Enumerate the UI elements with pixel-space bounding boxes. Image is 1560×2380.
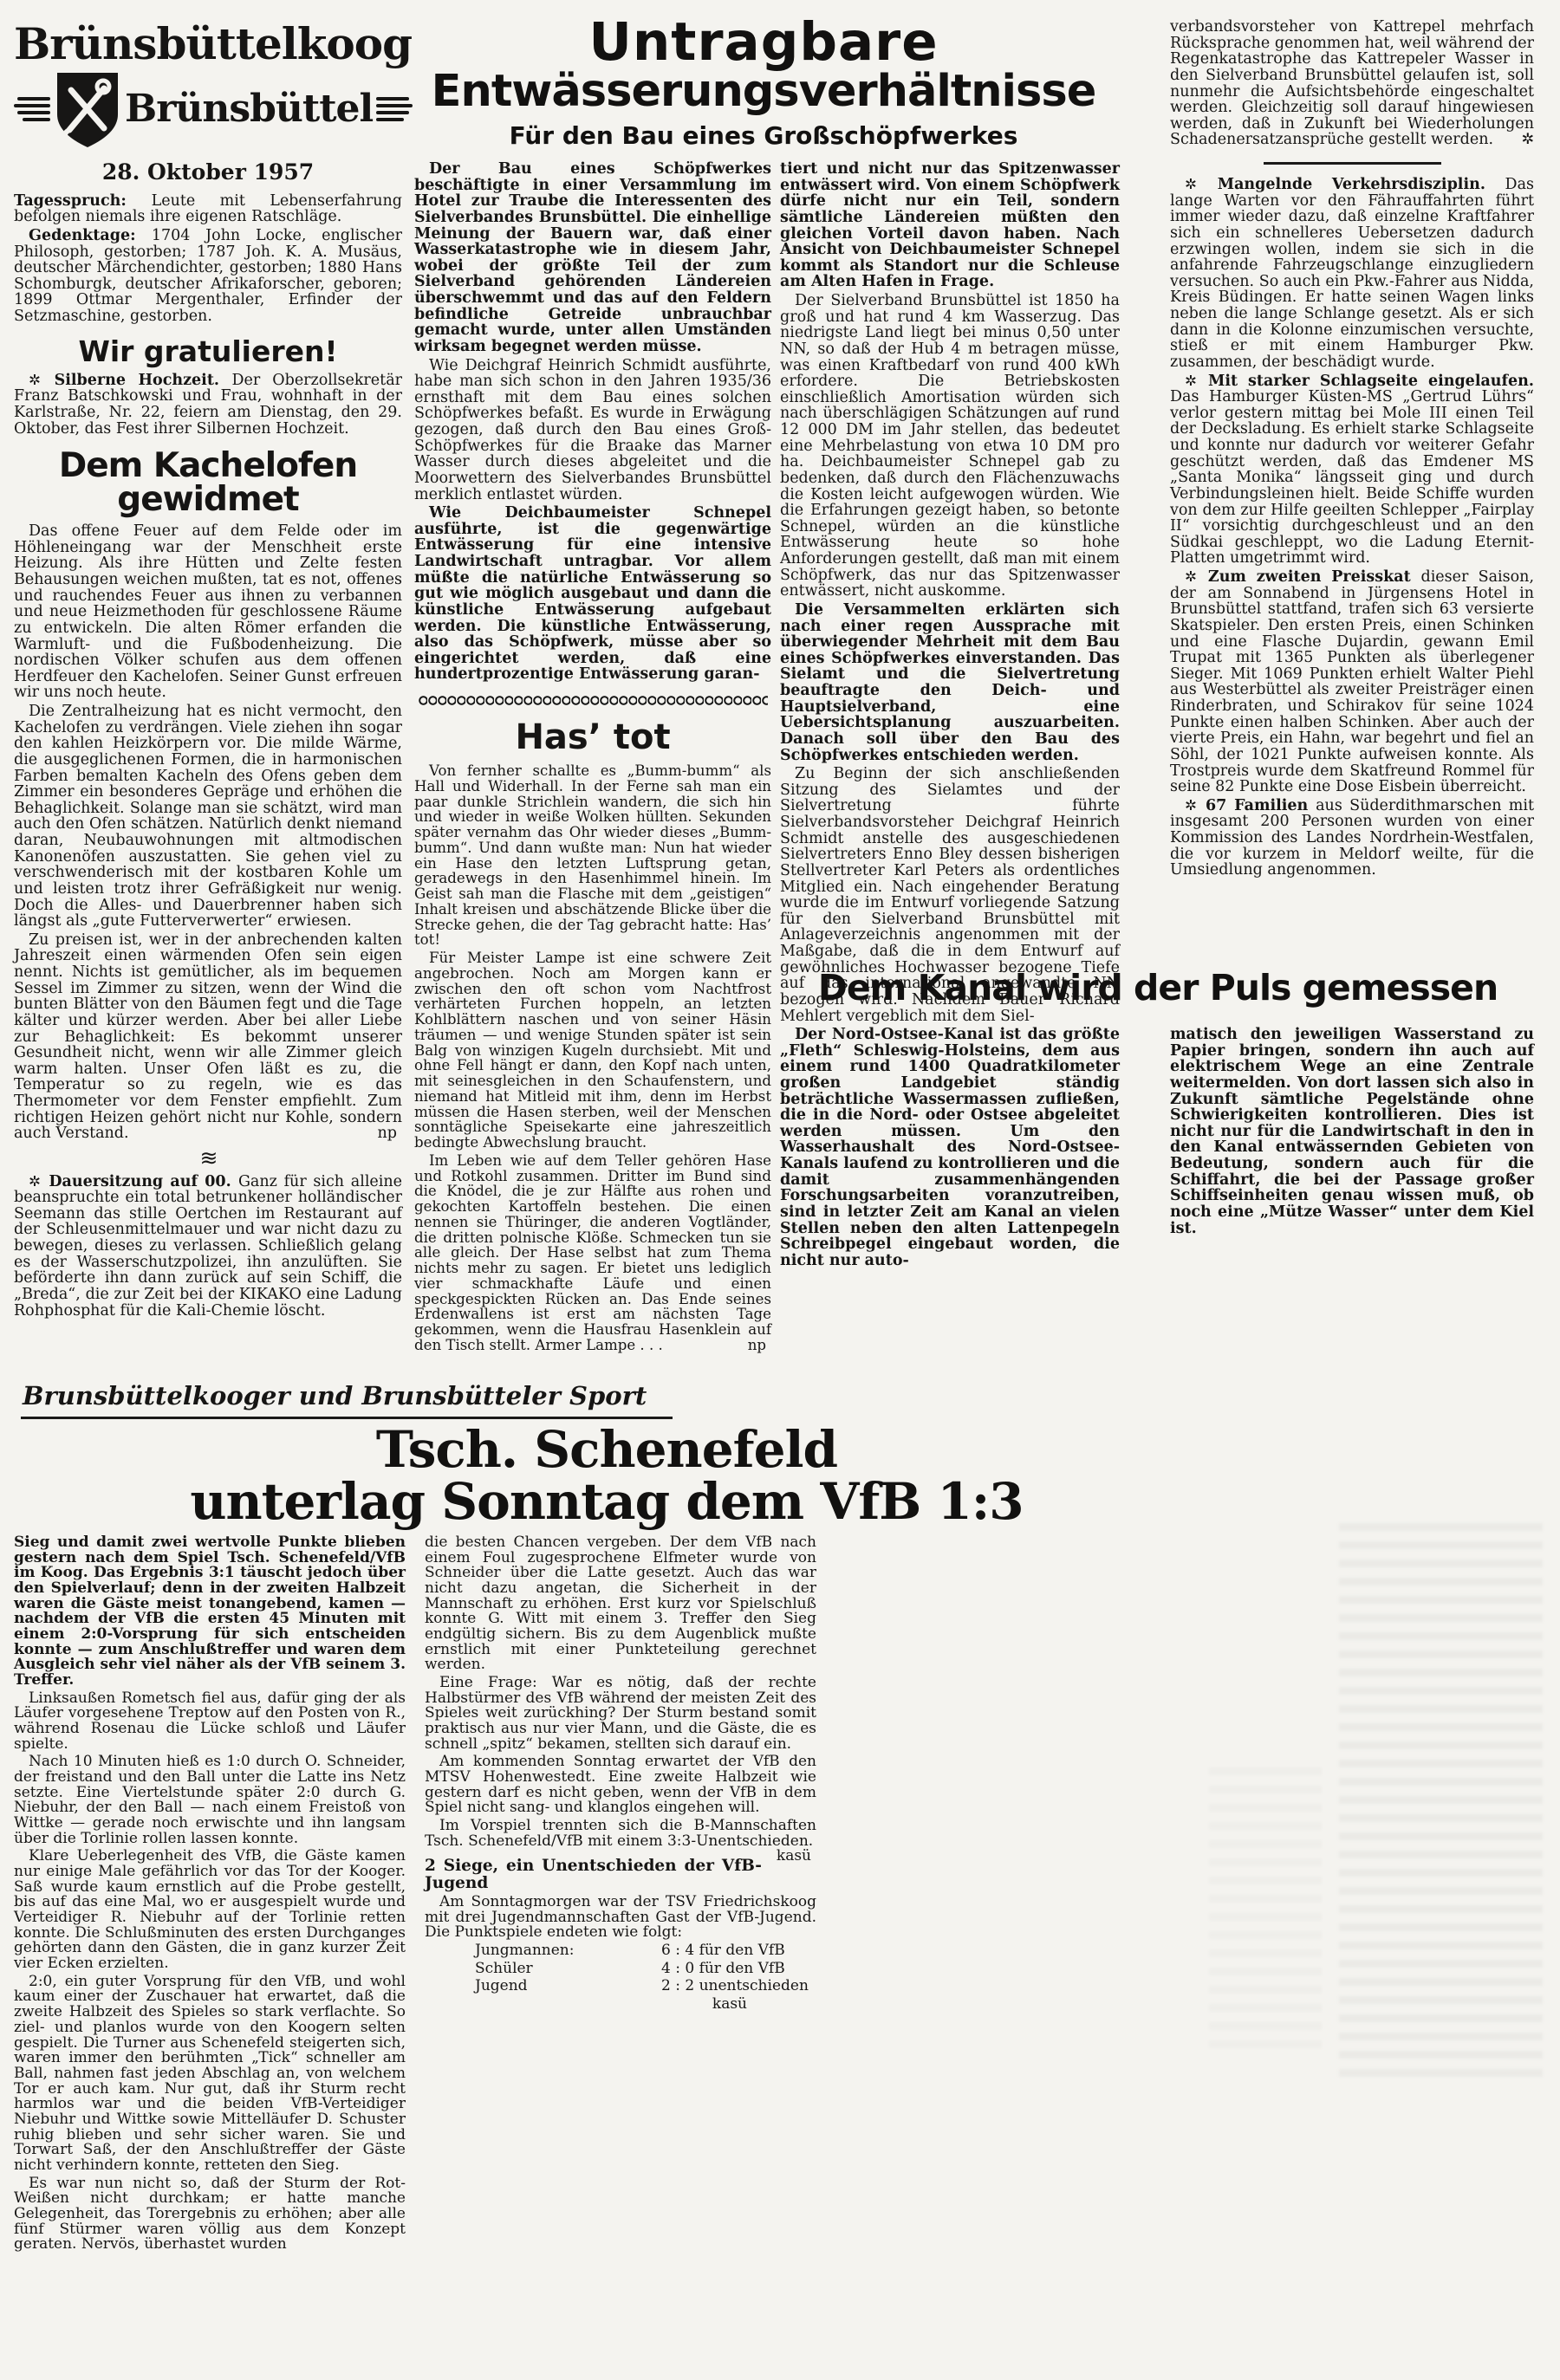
main-subhead: Für den Bau eines Großschöpfwerkes bbox=[407, 121, 1120, 150]
section-title-gratulieren: Wir gratulieren! bbox=[14, 337, 402, 366]
paragraph: ✲ Silberne Hochzeit. Der Oberzollsekretä… bbox=[14, 373, 402, 438]
star-icon: ✲ bbox=[29, 372, 55, 388]
sport-paragraphs-1: Sieg und damit zwei wertvolle Punkte bli… bbox=[14, 1535, 406, 2253]
main-headline-line1: Untragbare bbox=[407, 16, 1120, 68]
masthead: Brünsbüttelkoog Brün bbox=[14, 23, 402, 185]
star-icon: ✲ bbox=[1185, 176, 1218, 192]
paragraph: ✲ Mangelnde Verkehrsdisziplin. Das lange… bbox=[1170, 177, 1534, 371]
kachelofen-paragraphs: Das offene Feuer auf dem Felde oder im H… bbox=[14, 523, 402, 1142]
jugend-sign: kasü bbox=[425, 1997, 816, 2013]
star-icon: ✲ bbox=[1185, 568, 1208, 585]
paragraph: Im Vorspiel trennten sich die B-Mannscha… bbox=[425, 1819, 816, 1849]
result-label: Jungmannen: bbox=[475, 1943, 661, 1959]
sport-headline-line1: Tsch. Schenefeld bbox=[147, 1424, 1066, 1476]
masthead-title-line1: Brünsbüttelkoog bbox=[14, 23, 402, 66]
left-column: Brünsbüttelkoog Brün bbox=[14, 23, 402, 1321]
paragraph: matisch den jeweiligen Wasserstand zu Pa… bbox=[1170, 1027, 1534, 1236]
jugend-intro: Am Sonntagmorgen war der TSV Friedrichsk… bbox=[425, 1895, 816, 1941]
result-score: 6 : 4 für den VfB bbox=[661, 1943, 816, 1959]
paragraph: 2:0, ein guter Vorsprung für den VfB, un… bbox=[14, 1975, 406, 2174]
right-column-items: ✲ Mangelnde Verkehrsdisziplin. Das lange… bbox=[1170, 177, 1534, 879]
bleedthrough-area bbox=[1339, 1523, 1543, 2078]
paragraph: Im Leben wie auf dem Teller gehören Hase… bbox=[414, 1153, 771, 1353]
chain-ornament-icon bbox=[418, 695, 768, 706]
paragraph: Tagesspruch: Leute mit Lebenserfahrung b… bbox=[14, 193, 402, 225]
hastot-paragraphs: Von fernher schallte es „Bumm-bumm“ als … bbox=[414, 763, 771, 1353]
right-column: verbandsvorsteher von Kattrepel mehrfach… bbox=[1170, 19, 1534, 881]
paragraph: Der Nord-Ostsee-Kanal ist das größte „Fl… bbox=[780, 1027, 1120, 1268]
paragraph: Nach 10 Minuten hieß es 1:0 durch O. Sch… bbox=[14, 1754, 406, 1846]
dash-divider bbox=[1264, 162, 1441, 165]
paragraph: tiert und nicht nur das Spitzenwasser en… bbox=[780, 161, 1120, 290]
sport-column-2: die besten Chancen vergeben. Der dem VfB… bbox=[425, 1535, 816, 2015]
paragraph: Die Zentralheizung hat es nicht vermocht… bbox=[14, 704, 402, 930]
star-icon: ✲ bbox=[29, 1173, 49, 1190]
paragraph: Wie Deichbaumeister Schnepel ausführte, … bbox=[414, 505, 771, 683]
paragraph: Sieg und damit zwei wertvolle Punkte bli… bbox=[14, 1535, 406, 1689]
center-column-a: Der Bau eines Schöpfwerkes beschäftigte … bbox=[414, 161, 771, 1356]
paragraph: Von fernher schallte es „Bumm-bumm“ als … bbox=[414, 763, 771, 948]
flourish-left-icon bbox=[14, 92, 50, 126]
sport-column-1: Sieg und damit zwei wertvolle Punkte bli… bbox=[14, 1535, 406, 2255]
star-icon: ✲ bbox=[1185, 373, 1208, 389]
paragraph: Das offene Feuer auf dem Felde oder im H… bbox=[14, 523, 402, 701]
schoepfwerk-paragraphs-b: tiert und nicht nur das Spitzenwasser en… bbox=[780, 161, 1120, 1024]
sport-kicker: Brunsbüttelkooger und Brunsbütteler Spor… bbox=[21, 1381, 673, 1419]
paragraph: Klare Ueberlegenheit des VfB, die Gäste … bbox=[14, 1849, 406, 1971]
hastot-title: Has’ tot bbox=[414, 720, 771, 755]
paragraph: Der Sielverband Brunsbüttel ist 1850 ha … bbox=[780, 293, 1120, 600]
schoepfwerk-paragraphs-a: Der Bau eines Schöpfwerkes beschäftigte … bbox=[414, 161, 771, 683]
sport-headline: Tsch. Schenefeld unterlag Sonntag dem Vf… bbox=[147, 1424, 1066, 1527]
result-row: Schüler 4 : 0 für den VfB bbox=[425, 1962, 816, 1977]
paragraph: Eine Frage: War es nötig, daß der rechte… bbox=[425, 1676, 816, 1752]
kanal-paragraphs-left: Der Nord-Ostsee-Kanal ist das größte „Fl… bbox=[780, 1027, 1120, 1268]
paragraph: verbandsvorsteher von Kattrepel mehrfach… bbox=[1170, 19, 1534, 148]
masthead-title-line2: Brünsbüttel bbox=[125, 89, 373, 130]
schoepfwerk-paragraphs-r: verbandsvorsteher von Kattrepel mehrfach… bbox=[1170, 19, 1534, 148]
author-sign: np bbox=[733, 1338, 771, 1353]
coat-of-arms-icon bbox=[54, 69, 121, 149]
paragraph: Linksaußen Rometsch fiel aus, dafür ging… bbox=[14, 1691, 406, 1753]
paragraph: die besten Chancen vergeben. Der dem VfB… bbox=[425, 1535, 816, 1673]
result-label: Schüler bbox=[475, 1962, 661, 1977]
gratulieren-paragraphs: ✲ Silberne Hochzeit. Der Oberzollsekretä… bbox=[14, 373, 402, 438]
sport-headline-line2: unterlag Sonntag dem VfB 1:3 bbox=[147, 1476, 1066, 1528]
center-column-b: tiert und nicht nur das Spitzenwasser en… bbox=[780, 161, 1120, 1027]
paragraph: Für Meister Lampe ist eine schwere Zeit … bbox=[414, 950, 771, 1151]
main-headline-line2: Entwässerungsverhältnisse bbox=[407, 68, 1120, 114]
paragraph: Am kommenden Sonntag erwartet der VfB de… bbox=[425, 1754, 816, 1816]
issue-date: 28. Oktober 1957 bbox=[14, 161, 402, 185]
misc-paragraphs: ✲ Dauersitzung auf 00. Ganz für sich all… bbox=[14, 1174, 402, 1320]
result-score: 2 : 2 unentschieden bbox=[661, 1979, 816, 1994]
intro-paragraphs: Tagesspruch: Leute mit Lebenserfahrung b… bbox=[14, 193, 402, 325]
result-row: Jugend 2 : 2 unentschieden bbox=[425, 1979, 816, 1994]
result-row: Jungmannen: 6 : 4 für den VfB bbox=[425, 1943, 816, 1959]
jugend-results: Jungmannen: 6 : 4 für den VfB Schüler 4 … bbox=[425, 1943, 816, 2013]
paragraph: Es war nun nicht so, daß der Sturm der R… bbox=[14, 2176, 406, 2253]
wave-ornament-icon: ≋ bbox=[14, 1147, 402, 1171]
paragraph: ✲ Mit starker Schlagseite eingelaufen. D… bbox=[1170, 373, 1534, 567]
sport-paragraphs-2: die besten Chancen vergeben. Der dem VfB… bbox=[425, 1535, 816, 1849]
jugend-subhead: 2 Siege, ein Unentschieden der VfB-Jugen… bbox=[425, 1858, 816, 1890]
kanal-column-left: Der Nord-Ostsee-Kanal ist das größte „Fl… bbox=[780, 1027, 1120, 1271]
paragraph: Wie Deichgraf Heinrich Schmidt ausführte… bbox=[414, 358, 771, 503]
result-score: 4 : 0 für den VfB bbox=[661, 1962, 816, 1977]
kanal-paragraphs-right: matisch den jeweiligen Wasserstand zu Pa… bbox=[1170, 1027, 1534, 1236]
paragraph: ✲ 67 Familien aus Süderdithmarschen mit … bbox=[1170, 798, 1534, 879]
paragraph: ✲ Zum zweiten Preisskat dieser Saison, d… bbox=[1170, 569, 1534, 795]
paragraph: ✲ Dauersitzung auf 00. Ganz für sich all… bbox=[14, 1174, 402, 1320]
bleedthrough-area bbox=[1209, 1767, 1322, 2053]
star-icon: ✲ bbox=[1185, 797, 1206, 814]
kanal-headline: Dem Kanal wird der Puls gemessen bbox=[780, 967, 1536, 1008]
paragraph: Zu preisen ist, wer in der anbrechenden … bbox=[14, 932, 402, 1142]
star-icon: ✲ bbox=[1521, 132, 1534, 148]
paragraph: Der Bau eines Schöpfwerkes beschäftigte … bbox=[414, 161, 771, 355]
masthead-row: Brünsbüttel bbox=[14, 69, 402, 149]
author-sign: kasü bbox=[762, 1849, 816, 1864]
paragraph: Die Versammelten erklärten sich nach ein… bbox=[780, 602, 1120, 763]
paragraph: Gedenktage: 1704 John Locke, englischer … bbox=[14, 228, 402, 325]
section-title-kachelofen: Dem Kachelofen gewidmet bbox=[14, 449, 402, 516]
newspaper-page: Brünsbüttelkoog Brün bbox=[0, 0, 1560, 2380]
kanal-column-right: matisch den jeweiligen Wasserstand zu Pa… bbox=[1170, 1027, 1534, 1239]
main-headline-block: Untragbare Entwässerungsverhältnisse Für… bbox=[407, 16, 1120, 150]
author-sign: np bbox=[363, 1125, 402, 1142]
result-label: Jugend bbox=[475, 1979, 661, 1994]
